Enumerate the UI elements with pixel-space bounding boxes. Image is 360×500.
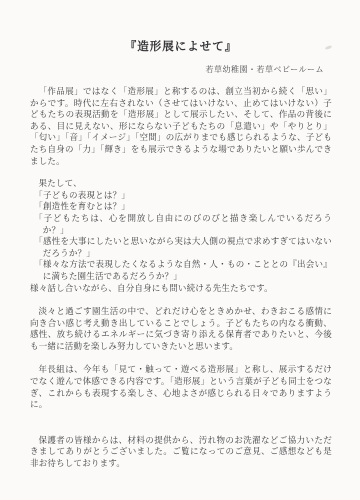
questions-block: 果たして、 「子どもの表現とは？」 「創造性を育むとは？」 「子どもたちは、心を…	[30, 179, 332, 295]
question-line: 「子どもたちは、心を開放し自由にのびのびと描き楽しんでいるだろうか？」	[30, 214, 332, 237]
question-line: 「創造性を育むとは？」	[30, 202, 332, 214]
paragraph-teachers: 淡々と過ごす園生活の中で、どれだけ心をときめかせ、わきおこる感情に向き合い感じ考…	[30, 307, 332, 353]
document-title: 『造形展によせて』	[30, 38, 332, 54]
paragraph-opening: 「作品展」ではなく「造形展」と称するのは、創立当初から続く「思い」からです。時代…	[30, 87, 332, 168]
question-line: 「子どもの表現とは？」	[30, 191, 332, 203]
questions-closing: 様々話し合いながら、自分自身にも問い続ける先生たちです。	[30, 284, 332, 296]
paragraph-nenchogumi: 年長組は、今年も「見て・触って・遊べる造形展」と称し、展示するだけでなく遊んで体…	[30, 365, 332, 411]
organization-name: 若草幼稚園・若草ベビールーム	[30, 64, 332, 75]
question-line: 「感性を大事にしたいと思いながら実は大人側の視点で求めすぎてはいないだろうか？」	[30, 237, 332, 260]
scanned-letter-page: 『造形展によせて』 若草幼稚園・若草ベビールーム 「作品展」ではなく「造形展」と…	[0, 0, 360, 500]
question-line: 「様々な方法で表現したくなるような自然・人・もの・こととの『出会い』に満ちた園生…	[30, 260, 332, 283]
questions-intro: 果たして、	[30, 179, 332, 191]
paragraph-thanks: 保護者の皆様からは、材料の提供から、汚れ物のお洗濯などご協力いただきましてありが…	[30, 436, 332, 471]
letter-body: 「作品展」ではなく「造形展」と称するのは、創立当初から続く「思い」からです。時代…	[30, 87, 332, 471]
